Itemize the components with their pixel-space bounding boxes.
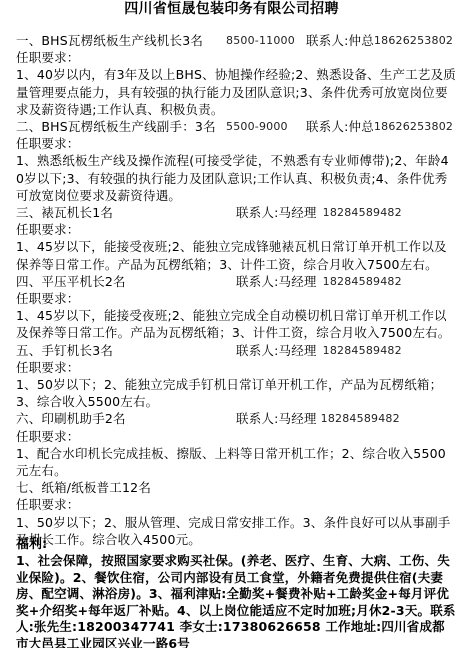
job-phone: 18284589482 — [323, 204, 402, 221]
job-header: 四、平压平机长2名 联系人:马经理 18284589482 — [16, 273, 456, 290]
job-requirements: 1、45岁以下，能接受夜班;2、能独立完成全自动模切机日常订单开机工作以及保养等… — [16, 307, 456, 341]
job-header: 七、纸箱/纸板普工12名 — [16, 479, 456, 496]
job-position: 七、纸箱/纸板普工12名 — [16, 480, 151, 495]
job-header: 二、BHS瓦楞纸板生产线副手：3名 5500-9000 联系人:仲总 18626… — [16, 118, 456, 135]
benefits-section: 福利: 1、社会保障，按照国家要求购买社保。(养老、医疗、生育、大病、工伤、失业… — [16, 536, 456, 648]
job-contact: 联系人:马经理 — [236, 410, 317, 427]
benefits-text: 1、社会保障，按照国家要求购买社保。(养老、医疗、生育、大病、工伤、失业保险)。… — [16, 553, 456, 648]
job-list: 一、BHS瓦楞纸板生产线机长3名 8500-11000 联系人:仲总 18626… — [16, 32, 456, 548]
requirements-label: 任职要求： — [16, 359, 456, 376]
requirements-label: 任职要求： — [16, 135, 456, 152]
job-contact: 联系人:仲总 — [306, 32, 374, 49]
job-position: 二、BHS瓦楞纸板生产线副手：3名 — [16, 118, 226, 135]
job-requirements: 1、45岁以下，能接受夜班;2、能独立完成锋驰裱瓦机日常订单开机工作以及保养等日… — [16, 238, 456, 272]
job-phone: 18626253802 — [374, 32, 453, 49]
job-salary: 5500-9000 — [226, 118, 306, 135]
job-phone: 18626253802 — [374, 118, 453, 135]
job-requirements: 1、50岁以下；2、能独立完成手钉机日常订单开机工作，产品为瓦楞纸箱；3、综合收… — [16, 376, 456, 410]
requirements-label: 任职要求： — [16, 428, 456, 445]
requirements-label: 任职要求： — [16, 221, 456, 238]
job-requirements: 1、40岁以内，有3年及以上BHS、协旭操作经验;2、熟悉设备、生产工艺及质量管… — [16, 66, 456, 118]
job-contact: 联系人:马经理 — [236, 342, 317, 359]
job-position: 六、印刷机助手2名 — [16, 410, 236, 427]
requirements-label: 任职要求： — [16, 496, 456, 513]
job-requirements: 1、熟悉纸板生产线及操作流程(可接受学徒，不熟悉有专业师傅带);2、年龄40岁以… — [16, 152, 456, 204]
job-header: 六、印刷机助手2名 联系人:马经理 18284589482 — [16, 410, 456, 427]
job-position: 一、BHS瓦楞纸板生产线机长3名 — [16, 32, 226, 49]
job-salary: 8500-11000 — [226, 32, 306, 49]
job-phone: 18284589482 — [323, 273, 402, 290]
job-phone: 18284589482 — [323, 342, 402, 359]
job-header: 三、裱瓦机长1名 联系人:马经理 18284589482 — [16, 204, 456, 221]
job-phone: 18284589482 — [321, 410, 400, 427]
requirements-label: 任职要求： — [16, 290, 456, 307]
benefits-title: 福利: — [16, 536, 456, 553]
requirements-label: 任职要求： — [16, 49, 456, 66]
job-contact: 联系人:马经理 — [236, 204, 317, 221]
job-contact: 联系人:马经理 — [236, 273, 317, 290]
job-position: 三、裱瓦机长1名 — [16, 204, 236, 221]
job-contact: 联系人:仲总 — [306, 118, 374, 135]
job-position: 五、手钉机长3名 — [16, 342, 236, 359]
job-position: 四、平压平机长2名 — [16, 273, 236, 290]
job-requirements: 1、配合水印机长完成挂板、擦版、上料等日常开机工作；2、综合收入5500元左右。 — [16, 445, 456, 479]
job-header: 五、手钉机长3名 联系人:马经理 18284589482 — [16, 342, 456, 359]
job-header: 一、BHS瓦楞纸板生产线机长3名 8500-11000 联系人:仲总 18626… — [16, 32, 456, 49]
page-title: 四川省恒晟包装印务有限公司招聘 — [0, 0, 463, 18]
